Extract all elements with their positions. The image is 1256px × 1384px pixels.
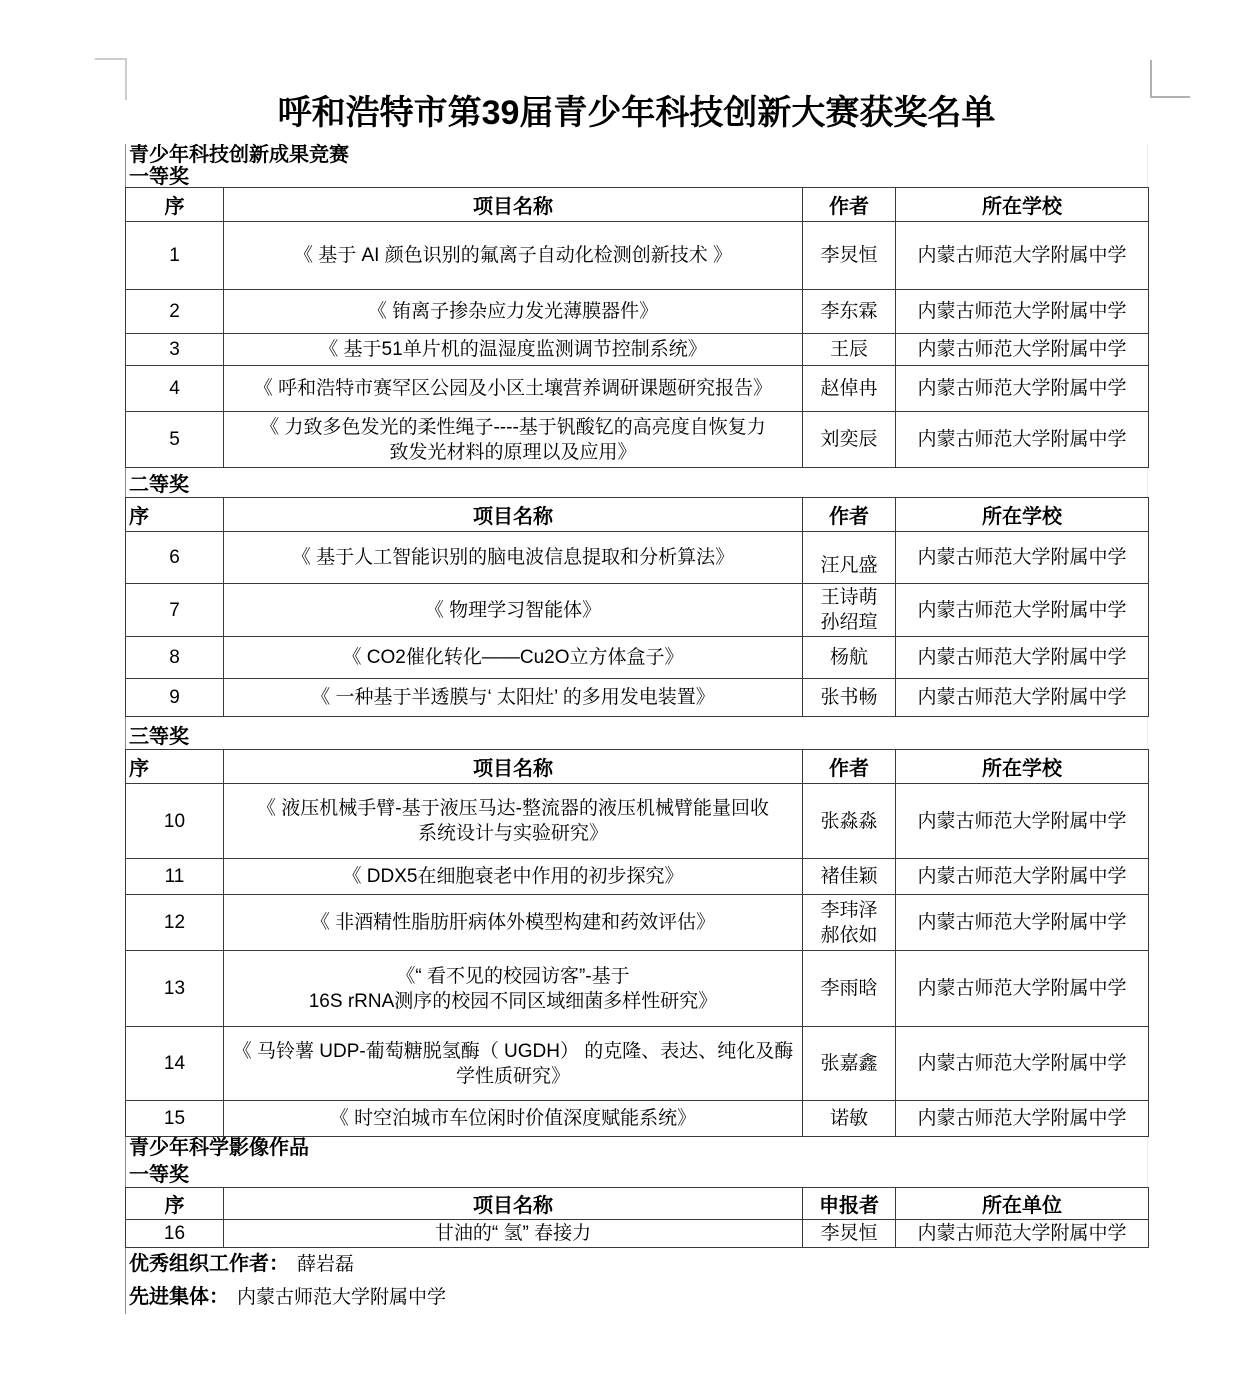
- project-cell: 《 DDX5在细胞衰老中作用的初步探究》: [224, 859, 803, 895]
- author-cell: 张书畅: [803, 679, 896, 717]
- author-cell: 李玮泽 郝依如: [803, 895, 896, 951]
- footer-collective: 先进集体：内蒙古师范大学附属中学: [125, 1281, 1148, 1314]
- header-author: 作者: [803, 750, 896, 784]
- award-label-second-prize: 二等奖: [125, 468, 1148, 497]
- school-cell: 内蒙古师范大学附属中学: [896, 1027, 1149, 1101]
- header-school: 所在单位: [896, 1188, 1149, 1220]
- table-row: 15 《 时空泊城市车位闲时价值深度赋能系统》 诺敏 内蒙古师范大学附属中学: [126, 1101, 1149, 1137]
- header-seq: 序: [126, 1188, 224, 1220]
- project-cell: 《 液压机械手臂-基于液压马达-整流器的液压机械臂能量回收 系统设计与实验研究》: [224, 784, 803, 859]
- seq-cell: 3: [126, 334, 224, 366]
- table-header-row: 序 项目名称 作者 所在学校: [126, 188, 1149, 222]
- table-row: 11 《 DDX5在细胞衰老中作用的初步探究》 褚佳颖 内蒙古师范大学附属中学: [126, 859, 1149, 895]
- header-project: 项目名称: [224, 750, 803, 784]
- seq-cell: 13: [126, 951, 224, 1027]
- author-cell: 诺敏: [803, 1101, 896, 1137]
- organizer-value: 薛岩磊: [289, 1254, 354, 1275]
- project-cell: 《 非酒精性脂肪肝病体外模型构建和药效评估》: [224, 895, 803, 951]
- author-cell: 刘奕辰: [803, 412, 896, 468]
- author-cell: 褚佳颖: [803, 859, 896, 895]
- table-row: 2 《 铕离子掺杂应力发光薄膜器件》 李东霖 内蒙古师范大学附属中学: [126, 290, 1149, 334]
- seq-cell: 15: [126, 1101, 224, 1137]
- table-row: 14 《 马铃薯 UDP-葡萄糖脱氢酶（ UGDH） 的克隆、表达、纯化及酶 学…: [126, 1027, 1149, 1101]
- school-cell: 内蒙古师范大学附属中学: [896, 1220, 1149, 1248]
- table-row: 13 《“ 看不见的校园访客”-基于 16S rRNA测序的校园不同区域细菌多样…: [126, 951, 1149, 1027]
- project-cell: 《 力致多色发光的柔性绳子----基于钒酸钇的高亮度自恢复力 致发光材料的原理以…: [224, 412, 803, 468]
- seq-cell: 16: [126, 1220, 224, 1248]
- award-label-first-prize: 一等奖: [125, 166, 1148, 187]
- school-cell: 内蒙古师范大学附属中学: [896, 784, 1149, 859]
- author-cell: 王诗萌 孙绍瑄: [803, 584, 896, 637]
- project-cell: 《“ 看不见的校园访客”-基于 16S rRNA测序的校园不同区域细菌多样性研究…: [224, 951, 803, 1027]
- page-title: 呼和浩特市第39届青少年科技创新大赛获奖名单: [125, 92, 1148, 144]
- author-cell: 李炅恒: [803, 222, 896, 290]
- table-row: 5 《 力致多色发光的柔性绳子----基于钒酸钇的高亮度自恢复力 致发光材料的原…: [126, 412, 1149, 468]
- footer-organizer: 优秀组织工作者：薛岩磊: [125, 1248, 1148, 1281]
- project-cell: 《 一种基于半透膜与‘ 太阳灶’ 的多用发电装置》: [224, 679, 803, 717]
- table-header-row: 序 项目名称 作者 所在学校: [126, 750, 1149, 784]
- school-cell: 内蒙古师范大学附属中学: [896, 366, 1149, 412]
- author-cell: 赵倬冉: [803, 366, 896, 412]
- seq-cell: 6: [126, 532, 224, 584]
- header-school: 所在学校: [896, 750, 1149, 784]
- header-project: 项目名称: [224, 1188, 803, 1220]
- project-cell: 《 基于人工智能识别的脑电波信息提取和分析算法》: [224, 532, 803, 584]
- first-prize-table: 序 项目名称 作者 所在学校 1 《 基于 AI 颜色识别的氟离子自动化检测创新…: [125, 187, 1149, 468]
- author-cell: 张淼淼: [803, 784, 896, 859]
- table-row: 8 《 CO2催化转化——Cu2O立方体盒子》 杨航 内蒙古师范大学附属中学: [126, 637, 1149, 679]
- science-media-table: 序 项目名称 申报者 所在单位 16 甘油的“ 氢” 春接力 李炅恒 内蒙古师范…: [125, 1187, 1149, 1248]
- table-row: 9 《 一种基于半透膜与‘ 太阳灶’ 的多用发电装置》 张书畅 内蒙古师范大学附…: [126, 679, 1149, 717]
- seq-cell: 14: [126, 1027, 224, 1101]
- header-seq: 序: [126, 750, 224, 784]
- school-cell: 内蒙古师范大学附属中学: [896, 532, 1149, 584]
- project-cell: 《 物理学习智能体》: [224, 584, 803, 637]
- project-cell: 《 铕离子掺杂应力发光薄膜器件》: [224, 290, 803, 334]
- seq-cell: 4: [126, 366, 224, 412]
- header-seq: 序: [126, 188, 224, 222]
- document-content: 呼和浩特市第39届青少年科技创新大赛获奖名单 青少年科技创新成果竞赛 一等奖 序…: [125, 92, 1148, 1314]
- project-cell: 《 CO2催化转化——Cu2O立方体盒子》: [224, 637, 803, 679]
- school-cell: 内蒙古师范大学附属中学: [896, 679, 1149, 717]
- seq-cell: 11: [126, 859, 224, 895]
- author-cell: 汪凡盛: [803, 532, 896, 584]
- table-row: 16 甘油的“ 氢” 春接力 李炅恒 内蒙古师范大学附属中学: [126, 1220, 1149, 1248]
- seq-cell: 1: [126, 222, 224, 290]
- author-cell: 杨航: [803, 637, 896, 679]
- collective-value: 内蒙古师范大学附属中学: [229, 1287, 446, 1308]
- organizer-label: 优秀组织工作者：: [129, 1253, 289, 1275]
- header-school: 所在学校: [896, 188, 1149, 222]
- header-author: 作者: [803, 498, 896, 532]
- seq-cell: 10: [126, 784, 224, 859]
- author-cell: 李东霖: [803, 290, 896, 334]
- school-cell: 内蒙古师范大学附属中学: [896, 222, 1149, 290]
- header-seq: 序: [126, 498, 224, 532]
- project-cell: 甘油的“ 氢” 春接力: [224, 1220, 803, 1248]
- page-corner-mark-top-right-icon: [1150, 60, 1190, 98]
- project-cell: 《 基于 AI 颜色识别的氟离子自动化检测创新技术 》: [224, 222, 803, 290]
- author-cell: 王辰: [803, 334, 896, 366]
- author-cell: 张嘉鑫: [803, 1027, 896, 1101]
- collective-label: 先进集体：: [129, 1286, 229, 1308]
- header-project: 项目名称: [224, 188, 803, 222]
- school-cell: 内蒙古师范大学附属中学: [896, 1101, 1149, 1137]
- third-prize-table: 序 项目名称 作者 所在学校 10 《 液压机械手臂-基于液压马达-整流器的液压…: [125, 749, 1149, 1137]
- award-label-third-prize: 三等奖: [125, 717, 1148, 749]
- school-cell: 内蒙古师范大学附属中学: [896, 412, 1149, 468]
- table-row: 7 《 物理学习智能体》 王诗萌 孙绍瑄 内蒙古师范大学附属中学: [126, 584, 1149, 637]
- school-cell: 内蒙古师范大学附属中学: [896, 895, 1149, 951]
- header-author: 申报者: [803, 1188, 896, 1220]
- seq-cell: 7: [126, 584, 224, 637]
- table-header-row: 序 项目名称 作者 所在学校: [126, 498, 1149, 532]
- seq-cell: 12: [126, 895, 224, 951]
- school-cell: 内蒙古师范大学附属中学: [896, 290, 1149, 334]
- second-prize-table: 序 项目名称 作者 所在学校 6 《 基于人工智能识别的脑电波信息提取和分析算法…: [125, 497, 1149, 717]
- page-corner-mark-top-left-icon: [95, 58, 127, 100]
- project-cell: 《 马铃薯 UDP-葡萄糖脱氢酶（ UGDH） 的克隆、表达、纯化及酶 学性质研…: [224, 1027, 803, 1101]
- table-row: 1 《 基于 AI 颜色识别的氟离子自动化检测创新技术 》 李炅恒 内蒙古师范大…: [126, 222, 1149, 290]
- seq-cell: 2: [126, 290, 224, 334]
- school-cell: 内蒙古师范大学附属中学: [896, 859, 1149, 895]
- header-project: 项目名称: [224, 498, 803, 532]
- section-label-science-media: 青少年科学影像作品: [125, 1137, 1148, 1161]
- table-row: 12 《 非酒精性脂肪肝病体外模型构建和药效评估》 李玮泽 郝依如 内蒙古师范大…: [126, 895, 1149, 951]
- table-header-row: 序 项目名称 申报者 所在单位: [126, 1188, 1149, 1220]
- award-label-media-first-prize: 一等奖: [125, 1161, 1148, 1187]
- table-row: 3 《 基于51单片机的温湿度监测调节控制系统》 王辰 内蒙古师范大学附属中学: [126, 334, 1149, 366]
- seq-cell: 8: [126, 637, 224, 679]
- author-cell: 李雨晗: [803, 951, 896, 1027]
- section-label-results-competition: 青少年科技创新成果竞赛: [125, 144, 1148, 166]
- header-school: 所在学校: [896, 498, 1149, 532]
- school-cell: 内蒙古师范大学附属中学: [896, 334, 1149, 366]
- school-cell: 内蒙古师范大学附属中学: [896, 951, 1149, 1027]
- project-cell: 《 基于51单片机的温湿度监测调节控制系统》: [224, 334, 803, 366]
- table-row: 4 《 呼和浩特市赛罕区公园及小区土壤营养调研课题研究报告》 赵倬冉 内蒙古师范…: [126, 366, 1149, 412]
- table-row: 10 《 液压机械手臂-基于液压马达-整流器的液压机械臂能量回收 系统设计与实验…: [126, 784, 1149, 859]
- seq-cell: 5: [126, 412, 224, 468]
- school-cell: 内蒙古师范大学附属中学: [896, 584, 1149, 637]
- document-page: 呼和浩特市第39届青少年科技创新大赛获奖名单 青少年科技创新成果竞赛 一等奖 序…: [0, 0, 1256, 1384]
- table-row: 6 《 基于人工智能识别的脑电波信息提取和分析算法》 汪凡盛 内蒙古师范大学附属…: [126, 532, 1149, 584]
- author-cell: 李炅恒: [803, 1220, 896, 1248]
- seq-cell: 9: [126, 679, 224, 717]
- project-cell: 《 时空泊城市车位闲时价值深度赋能系统》: [224, 1101, 803, 1137]
- header-author: 作者: [803, 188, 896, 222]
- school-cell: 内蒙古师范大学附属中学: [896, 637, 1149, 679]
- project-cell: 《 呼和浩特市赛罕区公园及小区土壤营养调研课题研究报告》: [224, 366, 803, 412]
